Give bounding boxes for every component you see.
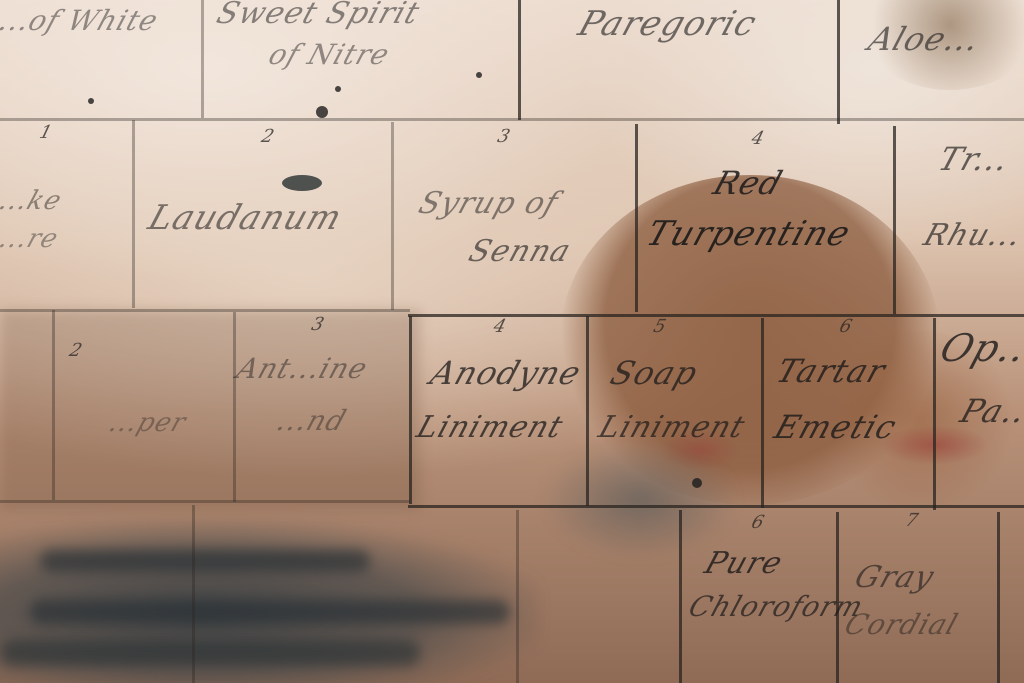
- ink-speck: [692, 478, 702, 488]
- label-row1-cell1: ...of White: [0, 4, 163, 37]
- cell-number: 2: [259, 126, 276, 147]
- grid-line: [635, 124, 638, 312]
- grid-line: [761, 318, 764, 508]
- label-row2-cell4-line2: Turpentine: [642, 214, 856, 254]
- grid-line: [0, 500, 410, 503]
- grid-line: [408, 505, 1024, 508]
- grid-line: [132, 120, 135, 308]
- cell-number: 3: [495, 126, 512, 147]
- grid-line: [933, 318, 936, 510]
- label-row4-cell4-line2: Cordial: [841, 608, 963, 641]
- label-row3-cell3-line2: ...nd: [273, 404, 351, 437]
- ink-speck: [88, 98, 94, 104]
- label-row3-cell6-line1: Tartar: [772, 352, 891, 390]
- grid-line: [391, 122, 394, 310]
- label-row3-cell7-line1: Op...: [935, 326, 1024, 370]
- label-row3-cell7-line2: Pa...: [956, 392, 1024, 430]
- label-row2-cell2: Laudanum: [144, 198, 348, 238]
- cell-number: 7: [903, 510, 920, 531]
- ink-blot: [282, 175, 322, 191]
- label-row2-cell3-line2: Senna: [464, 234, 575, 269]
- label-row1-cell2-line1: Sweet Spirit: [212, 0, 424, 31]
- label-row2-cell5-line2: Rhu...: [919, 218, 1024, 253]
- water-stain-right: [820, 330, 1020, 510]
- label-row3-cell5-line1: Soap: [606, 354, 703, 392]
- label-row2-cell4-line1: Red: [709, 164, 788, 202]
- dark-tint-row3-left: [0, 310, 420, 510]
- label-row2-cell1-line2: ...re: [0, 224, 62, 254]
- red-stain-small: [660, 430, 740, 470]
- mold-grime-streak-2: [30, 600, 510, 624]
- cell-number: 4: [491, 316, 508, 337]
- grid-line: [233, 312, 236, 502]
- grid-line: [837, 0, 840, 124]
- label-row2-cell5-line1: Tr...: [934, 140, 1015, 178]
- label-row3-cell2-line2: ...per: [105, 408, 190, 438]
- grid-line: [679, 510, 682, 683]
- label-row3-cell6-line2: Emetic: [770, 408, 902, 446]
- label-row4-cell3-line1: Pure: [700, 546, 787, 581]
- label-row1-cell3: Paregoric: [574, 4, 762, 44]
- ink-speck: [316, 106, 328, 118]
- mold-grime-center: [540, 440, 740, 560]
- mold-grime-bottom-left: [0, 520, 540, 683]
- water-stain-large: [560, 175, 940, 505]
- grid-line: [192, 505, 195, 683]
- grid-line: [997, 512, 1000, 683]
- cell-number: 6: [837, 316, 854, 337]
- cell-number: 3: [309, 314, 326, 335]
- mold-grime-streak-1: [40, 550, 370, 572]
- grid-line: [409, 316, 412, 504]
- label-row3-cell4-line1: Anodyne: [426, 354, 586, 392]
- label-row3-cell4-line2: Liniment: [412, 410, 567, 445]
- label-row2-cell3-line1: Syrup of: [414, 186, 562, 221]
- label-row3-cell3-line1: Ant...ine: [233, 352, 372, 385]
- grid-line: [836, 512, 839, 683]
- grid-line: [518, 0, 521, 120]
- label-row4-cell3-line2: Chloroform: [685, 590, 868, 623]
- cell-number: 6: [749, 512, 766, 533]
- grid-line: [586, 316, 589, 506]
- ink-speck: [476, 72, 482, 78]
- label-row2-cell1-line1: ...ke: [0, 186, 66, 216]
- cell-number: 2: [67, 340, 84, 361]
- ink-speck: [335, 86, 341, 92]
- label-row1-cell2-line2: of Nitre: [265, 38, 395, 71]
- mold-grime-streak-3: [0, 640, 420, 666]
- grid-line: [516, 510, 519, 683]
- grid-line: [201, 0, 204, 118]
- grid-line: [893, 126, 896, 314]
- cell-number: 4: [749, 128, 766, 149]
- label-row1-cell4: Aloe...: [864, 20, 985, 58]
- grid-line: [0, 309, 410, 312]
- cell-number: 1: [37, 122, 54, 143]
- label-row3-cell5-line2: Liniment: [594, 410, 749, 445]
- stain-top-right: [860, 0, 1024, 90]
- aged-paper-photo: ...of White Sweet Spirit of Nitre Parego…: [0, 0, 1024, 683]
- grid-line: [52, 310, 55, 500]
- grid-line: [0, 118, 1024, 121]
- label-row4-cell4-line1: Gray: [850, 560, 939, 595]
- cell-number: 5: [651, 316, 668, 337]
